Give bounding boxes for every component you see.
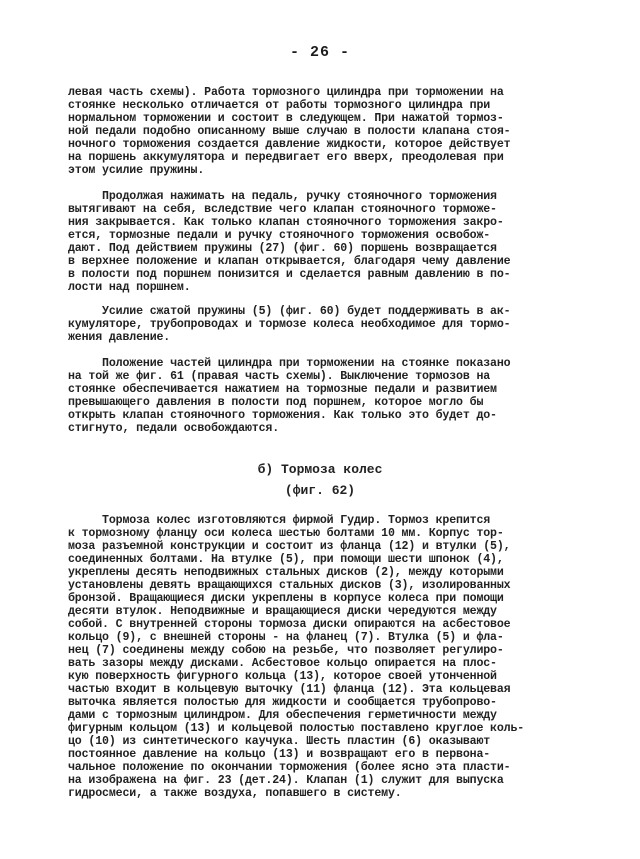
text-line: стоянке несколько отличается от работы т… — [68, 99, 490, 112]
text-line: на той же фиг. 61 (правая часть схемы). … — [68, 370, 490, 383]
text-line: левая часть схемы). Работа тормозного ци… — [68, 86, 504, 99]
text-line: гидросмеси, а также воздуха, попавшего в… — [68, 787, 402, 800]
text-line: нормальном торможении и состоит в следую… — [68, 112, 504, 125]
text-line: укреплены десять неподвижных стальных ди… — [68, 566, 504, 579]
text-line: на поршень аккумулятора и передвигает ег… — [68, 151, 504, 164]
text-line: лости над поршнем. — [68, 281, 191, 294]
text-line: ния закрывается. Как только клапан стоян… — [68, 216, 504, 229]
text-line: превышающего давления в полости под порш… — [68, 396, 483, 409]
text-line: стигнуто, педали освобождаются. — [68, 422, 279, 435]
text-line: фигурным кольцом (13) и кольцевой полост… — [68, 722, 524, 735]
text-line: чальное положение по окончании торможени… — [68, 761, 510, 774]
text-line: Продолжая нажимать на педаль, ручку стоя… — [68, 190, 497, 203]
text-line: нец (7) соединены между собою на резьбе,… — [68, 644, 504, 657]
text-line: вать зазоры между дисками. Асбестовое ко… — [68, 657, 497, 670]
text-line: кольцо (9), с внешней стороны - на флане… — [68, 631, 504, 644]
text-line: открыть клапан стояночного торможения. К… — [68, 409, 497, 422]
text-line: в полости под поршнем понизится и сделае… — [68, 268, 510, 281]
text-line: на изображена на фиг. 23 (дет.24). Клапа… — [68, 774, 504, 787]
text-line: в верхнее положение и клапан открывается… — [68, 255, 510, 268]
text-line: установлены девять вращающихся стальных … — [68, 579, 510, 592]
text-line: стоянке обеспечивается нажатием на тормо… — [68, 383, 497, 396]
page-number: - 26 - — [0, 44, 640, 61]
text-line: соединенных болтами. На втулке (5), при … — [68, 553, 504, 566]
text-line: ночного торможения создается давление жи… — [68, 138, 510, 151]
section-subtitle: (фиг. 62) — [0, 483, 640, 498]
text-line: ется, тормозные педали и ручку стояночно… — [68, 229, 490, 242]
text-line: кумуляторе, трубопроводах и тормозе коле… — [68, 318, 510, 331]
text-line: Положение частей цилиндра при торможении… — [68, 357, 510, 370]
text-line: вытягивают на себя, вследствие чего клап… — [68, 203, 497, 216]
text-line: дами с тормозным цилиндром. Для обеспече… — [68, 709, 497, 722]
text-line: бронзой. Вращающиеся диски укреплены в к… — [68, 592, 504, 605]
text-line: жения давление. — [68, 331, 170, 344]
text-line: цо (10) из синтетического каучука. Шесть… — [68, 735, 490, 748]
text-line: кую поверхность фигурного кольца (13), к… — [68, 670, 497, 683]
text-line: частью входит в кольцевую выточку (11) ф… — [68, 683, 510, 696]
text-line: постоянное давление на кольцо (13) и воз… — [68, 748, 490, 761]
text-line: Усилие сжатой пружины (5) (фиг. 60) буде… — [68, 305, 510, 318]
section-title: б) Тормоза колес — [0, 462, 640, 477]
text-line: выточка является полостью для жидкости и… — [68, 696, 497, 709]
text-line: этом усилие пружины. — [68, 164, 204, 177]
text-line: к тормозному фланцу оси колеса шестью бо… — [68, 527, 504, 540]
text-line: собой. С внутренней стороны тормоза диск… — [68, 618, 510, 631]
text-line: десяти втулок. Неподвижные и вращающиеся… — [68, 605, 497, 618]
text-line: дают. Под действием пружины (27) (фиг. 6… — [68, 242, 497, 255]
text-line: Тормоза колес изготовляются фирмой Гудир… — [68, 514, 490, 527]
text-line: моза разъемной конструкции и состоит из … — [68, 540, 510, 553]
text-line: ной педали подобно описанному выше случа… — [68, 125, 510, 138]
